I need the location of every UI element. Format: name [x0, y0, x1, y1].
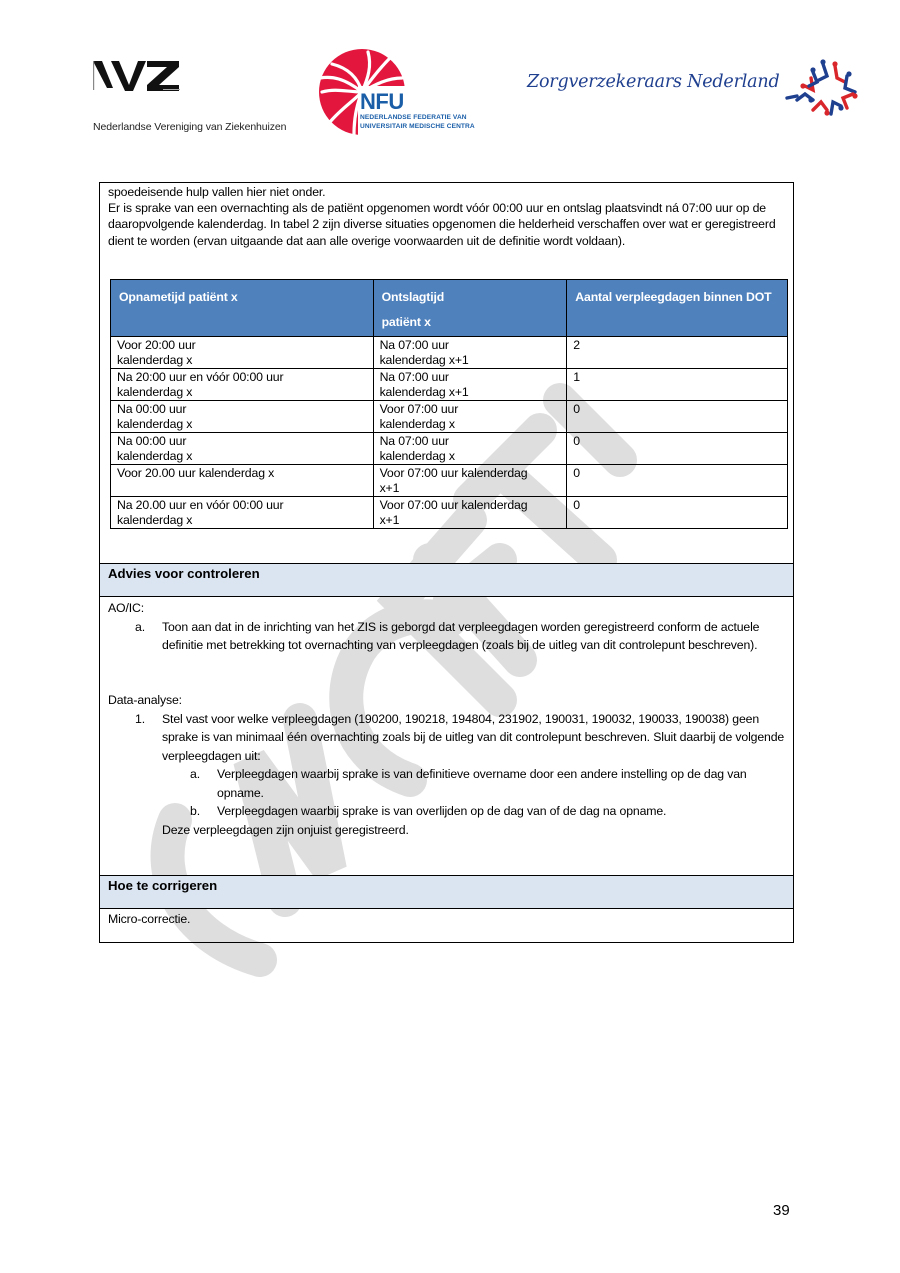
table-header-row: Opnametijd patiënt x Ontslagtijd patiënt… [111, 280, 788, 337]
table-row: Na 20.00 uur en vóór 00:00 uurkalenderda… [111, 497, 788, 529]
cell-ontslagtijd: Voor 07:00 uur kalenderdagx+1 [373, 465, 567, 497]
aoic-item-text: Toon aan dat in de inrichting van het ZI… [162, 620, 759, 653]
section-header-advies: Advies voor controleren [100, 563, 793, 597]
nvz-caption: Nederlandse Vereniging van Ziekenhuizen [93, 121, 286, 133]
data-analyse-item: 1. Stel vast voor welke verpleegdagen (1… [108, 710, 790, 766]
intro-text: spoedeisende hulp vallen hier niet onder… [108, 184, 790, 249]
column-header-aantal: Aantal verpleegdagen binnen DOT [567, 280, 788, 337]
nvz-logo: Nederlandse Vereniging van Ziekenhuizen [93, 58, 313, 138]
cell-aantal: 0 [567, 401, 788, 433]
cell-opnametijd: Voor 20:00 uurkalenderdag x [111, 337, 374, 369]
data-analyse-label: Data-analyse: [108, 691, 790, 710]
cell-aantal: 0 [567, 465, 788, 497]
data-analyse-conclusion: Deze verpleegdagen zijn onjuist geregist… [108, 821, 790, 840]
aoic-label: AO/IC: [108, 599, 790, 618]
data-analyse-item-text: Stel vast voor welke verpleegdagen (1902… [162, 712, 784, 763]
cell-opnametijd: Na 20.00 uur en vóór 00:00 uurkalenderda… [111, 497, 374, 529]
cell-aantal: 2 [567, 337, 788, 369]
zn-figures-icon [783, 58, 863, 122]
cell-ontslagtijd: Na 07:00 uurkalenderdag x+1 [373, 337, 567, 369]
zn-logo: Zorgverzekeraars Nederland [527, 58, 867, 128]
column-header-ontslagtijd: Ontslagtijd patiënt x [373, 280, 567, 337]
cell-ontslagtijd: Voor 07:00 uur kalenderdagx+1 [373, 497, 567, 529]
table-row: Na 00:00 uurkalenderdag xNa 07:00 uurkal… [111, 433, 788, 465]
list-marker: a. [135, 618, 145, 637]
cell-opnametijd: Na 00:00 uurkalenderdag x [111, 433, 374, 465]
cell-aantal: 0 [567, 433, 788, 465]
section-header-corrigeren: Hoe te corrigeren [100, 875, 793, 909]
nfu-line-2: UNIVERSITAIR MEDISCHE CENTRA [360, 123, 475, 130]
aoic-block: AO/IC: a. Toon aan dat in de inrichting … [108, 599, 790, 655]
cell-aantal: 1 [567, 369, 788, 401]
column-header-opnametijd: Opnametijd patiënt x [111, 280, 374, 337]
nvz-logo-mark-icon [93, 58, 183, 94]
data-analyse-subitem: a. Verpleegdagen waarbij sprake is van d… [108, 765, 790, 802]
zn-name: Zorgverzekeraars Nederland [527, 72, 779, 92]
list-marker: a. [190, 765, 200, 784]
intro-line-1: spoedeisende hulp vallen hier niet onder… [108, 184, 790, 200]
nfu-mark: NFU [360, 89, 404, 115]
aoic-item: a. Toon aan dat in de inrichting van het… [108, 618, 790, 655]
table-row: Na 20:00 uur en vóór 00:00 uurkalenderda… [111, 369, 788, 401]
list-marker: 1. [135, 710, 145, 729]
subitem-text: Verpleegdagen waarbij sprake is van defi… [217, 767, 747, 800]
list-marker: b. [190, 802, 200, 821]
data-analyse-block: Data-analyse: 1. Stel vast voor welke ve… [108, 691, 790, 839]
cell-ontslagtijd: Na 07:00 uurkalenderdag x+1 [373, 369, 567, 401]
cell-ontslagtijd: Voor 07:00 uurkalenderdag x [373, 401, 567, 433]
page-number: 39 [773, 1202, 790, 1219]
nfu-logo: NFU NEDERLANDSE FEDERATIE VAN UNIVERSITA… [318, 48, 523, 138]
cell-opnametijd: Na 20:00 uur en vóór 00:00 uurkalenderda… [111, 369, 374, 401]
subitem-text: Verpleegdagen waarbij sprake is van over… [217, 804, 666, 818]
table-row: Na 00:00 uurkalenderdag xVoor 07:00 uurk… [111, 401, 788, 433]
table-row: Voor 20:00 uurkalenderdag xNa 07:00 uurk… [111, 337, 788, 369]
data-analyse-subitem: b. Verpleegdagen waarbij sprake is van o… [108, 802, 790, 821]
verpleegdagen-table: Opnametijd patiënt x Ontslagtijd patiënt… [110, 279, 788, 529]
cell-opnametijd: Voor 20.00 uur kalenderdag x [111, 465, 374, 497]
table-row: Voor 20.00 uur kalenderdag xVoor 07:00 u… [111, 465, 788, 497]
nfu-line-1: NEDERLANDSE FEDERATIE VAN [360, 114, 467, 121]
cell-ontslagtijd: Na 07:00 uurkalenderdag x [373, 433, 567, 465]
corrigeren-text: Micro-correctie. [108, 910, 790, 929]
cell-opnametijd: Na 00:00 uurkalenderdag x [111, 401, 374, 433]
intro-paragraph: Er is sprake van een overnachting als de… [108, 200, 790, 249]
control-point-box: spoedeisende hulp vallen hier niet onder… [99, 182, 794, 943]
cell-aantal: 0 [567, 497, 788, 529]
